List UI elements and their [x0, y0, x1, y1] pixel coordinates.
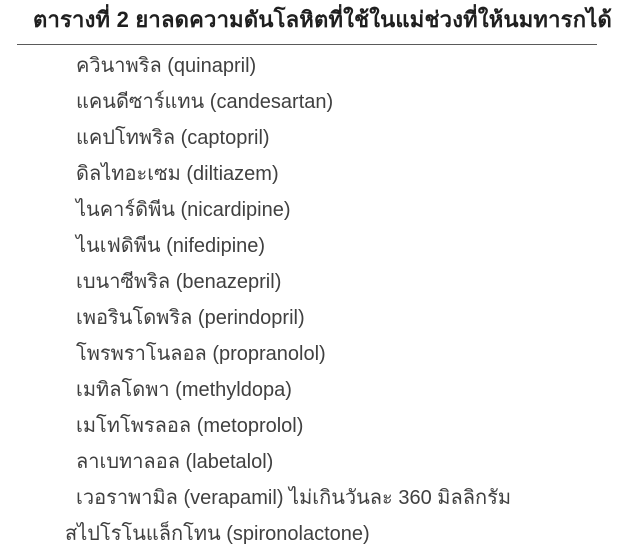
- drug-list-item: เมทิลโดพา (methyldopa): [76, 372, 634, 408]
- drug-list-item: เวอราพามิล (verapamil) ไม่เกินวันละ 360 …: [76, 480, 634, 516]
- drug-list-item: เบนาซีพริล (benazepril): [76, 264, 634, 300]
- table-title: ตารางที่ 2 ยาลดความดันโลหิตที่ใช้ในแม่ช่…: [33, 5, 634, 35]
- drug-list-item: ไนเฟดิพีน (nifedipine): [76, 228, 634, 264]
- drug-list-item: แคปโทพริล (captopril): [76, 120, 634, 156]
- drug-list-item: ควินาพริล (quinapril): [76, 48, 634, 84]
- drug-list-item: แคนดีซาร์แทน (candesartan): [76, 84, 634, 120]
- drug-list-item: สไปโรโนแล็กโทน (spironolactone): [65, 516, 634, 552]
- drug-list-item: ไนคาร์ดิพีน (nicardipine): [76, 192, 634, 228]
- drug-list-item: เพอรินโดพริล (perindopril): [76, 300, 634, 336]
- drug-list-item: ลาเบทาลอล (labetalol): [76, 444, 634, 480]
- header-divider: [17, 44, 597, 45]
- drug-list-item: เมโทโพรลอล (metoprolol): [76, 408, 634, 444]
- document-page: ตารางที่ 2 ยาลดความดันโลหิตที่ใช้ในแม่ช่…: [0, 5, 634, 556]
- drug-list: ควินาพริล (quinapril)แคนดีซาร์แทน (cande…: [0, 48, 634, 552]
- drug-list-item: ดิลไทอะเซม (diltiazem): [76, 156, 634, 192]
- drug-list-item: โพรพราโนลอล (propranolol): [76, 336, 634, 372]
